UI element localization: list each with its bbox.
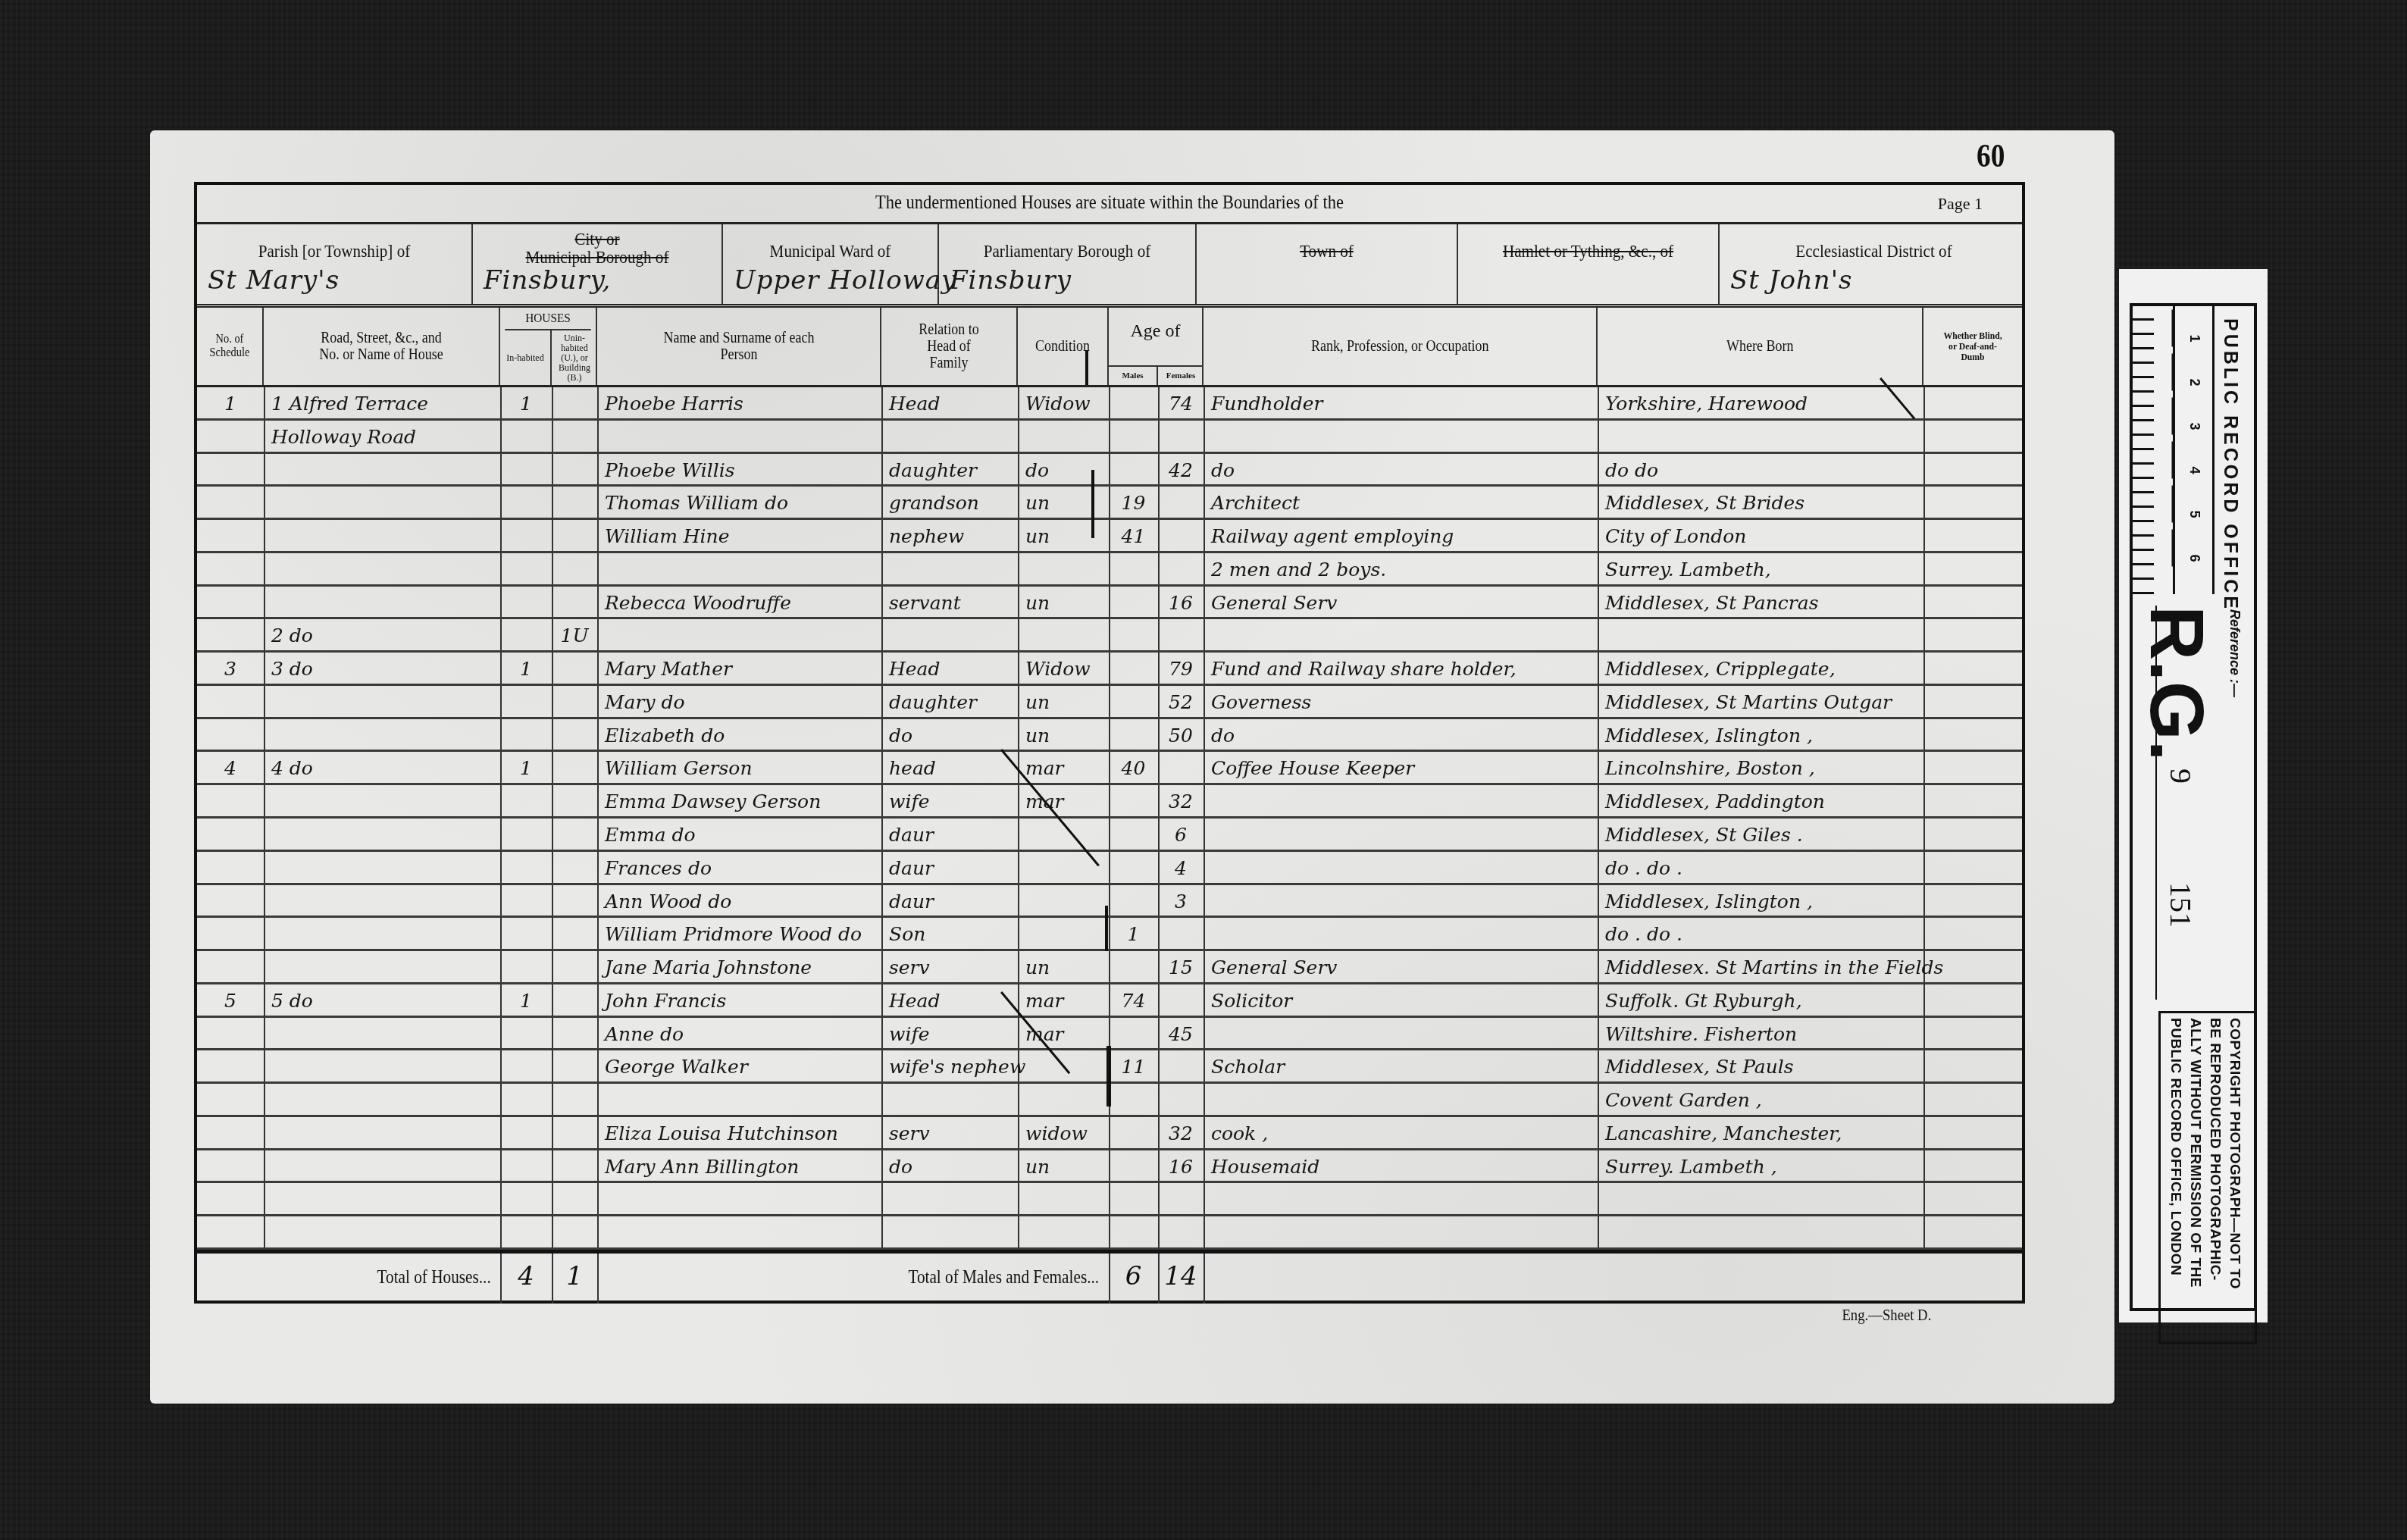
- cell-females: [1158, 487, 1203, 518]
- cell-street: [264, 587, 500, 618]
- cell-schedule: [197, 951, 264, 982]
- cell-inhabited: [500, 1050, 552, 1081]
- cell-condition: Widow: [1018, 653, 1109, 684]
- admin-division-value: St Mary's: [208, 265, 465, 296]
- public-record-office-label: 123456 PUBLIC RECORD OFFICE R.G. Referen…: [2119, 269, 2268, 1322]
- cell-where-born: do . do .: [1598, 852, 1923, 883]
- copyright-notice: COPYRIGHT PHOTOGRAPH—NOT TOBE REPRODUCED…: [2158, 1011, 2257, 1344]
- cell-where-born: Middlesex, Islington ,: [1598, 719, 1923, 750]
- cell-name: [597, 421, 881, 452]
- cell-street: 4 do: [264, 752, 500, 783]
- cell-females: 6: [1158, 819, 1203, 850]
- admin-label-line: City or: [488, 230, 707, 249]
- cell-females: [1158, 1084, 1203, 1115]
- cell-occupation: Railway agent employing: [1203, 520, 1598, 551]
- cell-occupation: [1203, 852, 1598, 883]
- cell-occupation: Governess: [1203, 686, 1598, 717]
- check-mark: [1106, 1046, 1111, 1106]
- cell-name: Mary do: [597, 686, 881, 717]
- check-mark: [1105, 906, 1108, 951]
- total-inhabited: 4: [500, 1261, 552, 1291]
- cell-condition: [1018, 852, 1109, 883]
- cell-females: 3: [1158, 885, 1203, 916]
- cell-condition: [1018, 918, 1109, 949]
- admin-division-value: Finsbury: [950, 265, 1189, 296]
- cell-where-born: City of London: [1598, 520, 1923, 551]
- household-row: Frances dodaur4do . do .: [197, 852, 2022, 885]
- cell-relation: grandson: [881, 487, 1018, 518]
- cell-condition: [1018, 1183, 1109, 1214]
- houses-title: HOUSES: [505, 311, 590, 330]
- cell-uninhabited: [552, 1050, 597, 1081]
- cell-schedule: [197, 852, 264, 883]
- cell-females: 32: [1158, 1117, 1203, 1148]
- cell-name: William Pridmore Wood do: [597, 918, 881, 949]
- total-persons-label: Total of Males and Females...: [908, 1267, 1099, 1288]
- cell-males: [1109, 785, 1158, 816]
- cell-schedule: [197, 1216, 264, 1247]
- cell-name: George Walker: [597, 1050, 881, 1081]
- column-headers: No. of Schedule Road, Street, &c., and N…: [197, 308, 2022, 387]
- household-row: Ann Wood dodaur3Middlesex, Islington ,: [197, 885, 2022, 919]
- cell-females: 32: [1158, 785, 1203, 816]
- cell-street: [264, 686, 500, 717]
- header-houses-group: HOUSES In-habited Unin-habited (U.), or …: [500, 308, 597, 385]
- cell-males: 40: [1109, 752, 1158, 783]
- cell-where-born: Middlesex. St Martins in the Fields: [1598, 951, 1923, 982]
- cell-uninhabited: [552, 951, 597, 982]
- cell-uninhabited: 1U: [552, 619, 597, 650]
- copyright-line: PUBLIC RECORD OFFICE, LONDON: [2165, 1018, 2185, 1289]
- cell-where-born: [1598, 1183, 1923, 1214]
- cell-street: [264, 1216, 500, 1247]
- cell-street: [264, 1183, 500, 1214]
- totals-row: Total of Houses... 4 1 Total of Males an…: [197, 1250, 2022, 1304]
- cell-condition: [1018, 885, 1109, 916]
- reference-label: Reference :—: [2227, 609, 2243, 697]
- total-houses-label: Total of Houses...: [377, 1267, 491, 1288]
- cell-where-born: [1598, 421, 1923, 452]
- cell-condition: mar: [1018, 785, 1109, 816]
- cell-street: 5 do: [264, 984, 500, 1016]
- cell-uninhabited: [552, 984, 597, 1016]
- household-row: 2 do1U: [197, 619, 2022, 653]
- cell-condition: Widow: [1018, 387, 1109, 418]
- admin-division-label: Parish [or Township] of: [214, 243, 455, 261]
- cell-schedule: 3: [197, 653, 264, 684]
- piece-number: 151: [2163, 882, 2199, 928]
- ruler-cm-label: 5: [2172, 486, 2216, 523]
- cell-occupation: Solicitor: [1203, 984, 1598, 1016]
- series-number: 9: [2163, 768, 2199, 784]
- cell-females: 52: [1158, 686, 1203, 717]
- cell-relation: servant: [881, 587, 1018, 618]
- cell-females: [1158, 1050, 1203, 1081]
- household-row: Emma dodaur6Middlesex, St Giles .: [197, 819, 2022, 852]
- cell-where-born: Middlesex, Cripplegate,: [1598, 653, 1923, 684]
- cell-where-born: Middlesex, St Pancras: [1598, 587, 1923, 618]
- ruler-cm-label: 3: [2172, 398, 2216, 435]
- cell-street: [264, 487, 500, 518]
- header-inhabited: In-habited: [500, 330, 552, 385]
- cell-uninhabited: [552, 487, 597, 518]
- cell-males: [1109, 1018, 1158, 1049]
- form-title-row: The undermentioned Houses are situate wi…: [197, 185, 2022, 224]
- cell-name: John Francis: [597, 984, 881, 1016]
- scale-ruler: [2133, 306, 2175, 594]
- household-row: Thomas William dograndsonun19ArchitectMi…: [197, 487, 2022, 520]
- cell-inhabited: [500, 454, 552, 485]
- cell-relation: daughter: [881, 686, 1018, 717]
- household-row: Rebecca Woodruffeservantun16General Serv…: [197, 587, 2022, 620]
- cell-where-born: [1598, 619, 1923, 650]
- cell-uninhabited: [552, 752, 597, 783]
- cell-where-born: Lincolnshire, Boston ,: [1598, 752, 1923, 783]
- cell-name: [597, 1183, 881, 1214]
- cell-where-born: do . do .: [1598, 918, 1923, 949]
- cell-condition: [1018, 1216, 1109, 1247]
- cell-males: [1109, 819, 1158, 850]
- cell-schedule: [197, 487, 264, 518]
- cell-name: Phoebe Harris: [597, 387, 881, 418]
- cell-schedule: 5: [197, 984, 264, 1016]
- cell-schedule: [197, 819, 264, 850]
- cell-schedule: [197, 885, 264, 916]
- cell-name: Emma Dawsey Gerson: [597, 785, 881, 816]
- cell-females: 16: [1158, 587, 1203, 618]
- ruler-cm-label: 4: [2172, 442, 2216, 479]
- cell-street: [264, 553, 500, 584]
- admin-label-line: Parish [or Township] of: [214, 243, 455, 261]
- admin-label-line: Municipal Borough of: [488, 249, 707, 267]
- cell-name: Emma do: [597, 819, 881, 850]
- column-divider: [597, 1254, 599, 1304]
- column-divider: [1203, 1254, 1205, 1304]
- cell-where-born: Suffolk. Gt Ryburgh,: [1598, 984, 1923, 1016]
- household-row: Jane Maria Johnstoneservun15General Serv…: [197, 951, 2022, 984]
- admin-label-line: Municipal Ward of: [736, 243, 925, 261]
- cell-street: [264, 1150, 500, 1182]
- page-label: Page 1: [1938, 194, 1983, 214]
- cell-schedule: [197, 520, 264, 551]
- cell-females: [1158, 1183, 1203, 1214]
- cell-schedule: [197, 421, 264, 452]
- cell-females: [1158, 984, 1203, 1016]
- cell-schedule: [197, 918, 264, 949]
- cell-street: 1 Alfred Terrace: [264, 387, 500, 418]
- cell-occupation: 2 men and 2 boys.: [1203, 553, 1598, 584]
- cell-schedule: [197, 1018, 264, 1049]
- cell-uninhabited: [552, 719, 597, 750]
- cell-relation: Son: [881, 918, 1018, 949]
- cell-name: Rebecca Woodruffe: [597, 587, 881, 618]
- cell-name: William Hine: [597, 520, 881, 551]
- cell-females: 16: [1158, 1150, 1203, 1182]
- cell-males: [1109, 1216, 1158, 1247]
- admin-division-label: Parliamentary Borough of: [954, 243, 1179, 261]
- header-males: Males: [1109, 365, 1158, 385]
- cell-females: [1158, 421, 1203, 452]
- cell-street: [264, 1018, 500, 1049]
- cell-uninhabited: [552, 1216, 597, 1247]
- cell-relation: Head: [881, 653, 1018, 684]
- cell-males: [1109, 852, 1158, 883]
- cell-males: [1109, 421, 1158, 452]
- cell-females: [1158, 520, 1203, 551]
- cell-relation: [881, 1216, 1018, 1247]
- household-row: Emma Dawsey Gersonwifemar32Middlesex, Pa…: [197, 785, 2022, 819]
- cell-inhabited: [500, 686, 552, 717]
- household-row: William Pridmore Wood doSon1do . do .: [197, 918, 2022, 951]
- cell-name: Eliza Louisa Hutchinson: [597, 1117, 881, 1148]
- cell-uninhabited: [552, 819, 597, 850]
- cell-males: [1109, 885, 1158, 916]
- cell-street: 3 do: [264, 653, 500, 684]
- cell-condition: mar: [1018, 752, 1109, 783]
- ruler-cm-label: 2: [2172, 354, 2216, 391]
- cell-inhabited: [500, 885, 552, 916]
- pro-reference-box: 123456 PUBLIC RECORD OFFICE R.G. Referen…: [2130, 303, 2257, 1311]
- cell-where-born: Middlesex, St Brides: [1598, 487, 1923, 518]
- cell-males: [1109, 1084, 1158, 1115]
- cell-where-born: Middlesex, Paddington: [1598, 785, 1923, 816]
- cell-inhabited: [500, 785, 552, 816]
- age-title: Age of: [1109, 321, 1202, 342]
- cell-relation: wife's nephew: [881, 1050, 1018, 1081]
- admin-division-value: St John's: [1730, 265, 2022, 296]
- cell-uninhabited: [552, 454, 597, 485]
- household-row: William Hinenephewun41Railway agent empl…: [197, 520, 2022, 553]
- copyright-line: BE REPRODUCED PHOTOGRAPHIC-: [2205, 1018, 2224, 1289]
- cell-uninhabited: [552, 1117, 597, 1148]
- cell-uninhabited: [552, 587, 597, 618]
- header-schedule: No. of Schedule: [197, 308, 264, 385]
- cell-inhabited: [500, 1216, 552, 1247]
- cell-where-born: do do: [1598, 454, 1923, 485]
- cell-males: 74: [1109, 984, 1158, 1016]
- cell-uninhabited: [552, 520, 597, 551]
- cell-females: 79: [1158, 653, 1203, 684]
- cell-condition: un: [1018, 1150, 1109, 1182]
- cell-name: Ann Wood do: [597, 885, 881, 916]
- copyright-text: COPYRIGHT PHOTOGRAPH—NOT TOBE REPRODUCED…: [2165, 1018, 2244, 1289]
- cell-schedule: [197, 719, 264, 750]
- cell-occupation: [1203, 1084, 1598, 1115]
- cell-inhabited: [500, 1150, 552, 1182]
- cell-inhabited: [500, 951, 552, 982]
- cell-males: 11: [1109, 1050, 1158, 1081]
- cell-relation: daur: [881, 819, 1018, 850]
- cell-relation: [881, 421, 1018, 452]
- admin-label-line: Ecclesiastical District of: [1738, 243, 2009, 261]
- household-row: Mary Ann Billingtondoun16HousemaidSurrey…: [197, 1150, 2022, 1184]
- cell-street: Holloway Road: [264, 421, 500, 452]
- cell-schedule: [197, 1050, 264, 1081]
- cell-males: [1109, 454, 1158, 485]
- cell-schedule: 4: [197, 752, 264, 783]
- cell-males: [1109, 686, 1158, 717]
- cell-inhabited: 1: [500, 387, 552, 418]
- cell-name: Mary Mather: [597, 653, 881, 684]
- cell-males: [1109, 951, 1158, 982]
- cell-inhabited: [500, 819, 552, 850]
- cell-occupation: cook ,: [1203, 1117, 1598, 1148]
- check-mark: [1085, 350, 1088, 385]
- cell-males: [1109, 619, 1158, 650]
- cell-schedule: [197, 1117, 264, 1148]
- cell-females: 45: [1158, 1018, 1203, 1049]
- total-females: 14: [1158, 1261, 1203, 1291]
- cell-occupation: [1203, 785, 1598, 816]
- cell-street: [264, 520, 500, 551]
- cell-females: 15: [1158, 951, 1203, 982]
- cell-occupation: [1203, 918, 1598, 949]
- admin-label-line: Hamlet or Tything, &c., of: [1474, 243, 1703, 261]
- cell-condition: un: [1018, 951, 1109, 982]
- admin-division: Hamlet or Tything, &c., of: [1458, 224, 1720, 304]
- cell-street: [264, 819, 500, 850]
- household-row: [197, 1183, 2022, 1216]
- cell-males: 1: [1109, 918, 1158, 949]
- cell-uninhabited: [552, 1183, 597, 1214]
- household-row: Mary dodaughterun52GovernessMiddlesex, S…: [197, 686, 2022, 719]
- admin-division: Municipal Ward ofUpper Holloway: [723, 224, 939, 304]
- cell-relation: wife: [881, 785, 1018, 816]
- cell-relation: [881, 1183, 1018, 1214]
- header-name: Name and Surname of each Person: [597, 308, 881, 385]
- cell-name: [597, 553, 881, 584]
- ruler-cm-marks: 123456: [2175, 306, 2215, 594]
- cell-occupation: [1203, 619, 1598, 650]
- cell-relation: Head: [881, 387, 1018, 418]
- census-form: The undermentioned Houses are situate wi…: [194, 182, 2025, 1304]
- cell-inhabited: [500, 1084, 552, 1115]
- cell-females: [1158, 918, 1203, 949]
- cell-where-born: Middlesex, St Martins Outgar: [1598, 686, 1923, 717]
- admin-division-label: Hamlet or Tything, &c., of: [1474, 243, 1703, 261]
- household-row: [197, 1216, 2022, 1250]
- cell-males: [1109, 1183, 1158, 1214]
- cell-uninhabited: [552, 686, 597, 717]
- cell-uninhabited: [552, 387, 597, 418]
- cell-relation: [881, 1084, 1018, 1115]
- cell-condition: [1018, 1084, 1109, 1115]
- copyright-line: COPYRIGHT PHOTOGRAPH—NOT TO: [2224, 1018, 2244, 1289]
- total-uninhabited: 1: [552, 1261, 597, 1291]
- cell-schedule: 1: [197, 387, 264, 418]
- cell-condition: widow: [1018, 1117, 1109, 1148]
- cell-inhabited: [500, 421, 552, 452]
- check-mark: [1091, 470, 1094, 538]
- cell-name: Phoebe Willis: [597, 454, 881, 485]
- header-where-born: Where Born: [1598, 308, 1923, 385]
- admin-division-label: City orMunicipal Borough of: [488, 230, 707, 267]
- cell-condition: un: [1018, 719, 1109, 750]
- cell-uninhabited: [552, 1018, 597, 1049]
- header-relation: Relation to Head of Family: [881, 308, 1018, 385]
- cell-males: [1109, 653, 1158, 684]
- admin-division-label: Ecclesiastical District of: [1738, 243, 2009, 261]
- cell-name: Elizabeth do: [597, 719, 881, 750]
- cell-occupation: Architect: [1203, 487, 1598, 518]
- cell-name: [597, 619, 881, 650]
- cell-condition: un: [1018, 487, 1109, 518]
- household-row: Elizabeth dodoun50doMiddlesex, Islington…: [197, 719, 2022, 753]
- cell-where-born: Middlesex, Islington ,: [1598, 885, 1923, 916]
- cell-females: [1158, 1216, 1203, 1247]
- admin-division-value: Finsbury,: [484, 265, 715, 296]
- cell-schedule: [197, 1183, 264, 1214]
- household-entries: 11 Alfred Terrace1Phoebe HarrisHeadWidow…: [197, 387, 2022, 1250]
- cell-occupation: Fundholder: [1203, 387, 1598, 418]
- cell-occupation: General Serv: [1203, 951, 1598, 982]
- admin-division: Town of: [1197, 224, 1458, 304]
- cell-males: 19: [1109, 487, 1158, 518]
- cell-uninhabited: [552, 1084, 597, 1115]
- header-blind-deaf: Whether Blind, or Deaf-and-Dumb: [1923, 308, 2022, 385]
- cell-schedule: [197, 785, 264, 816]
- cell-inhabited: 1: [500, 653, 552, 684]
- cell-males: [1109, 587, 1158, 618]
- cell-where-born: Covent Garden ,: [1598, 1084, 1923, 1115]
- cell-inhabited: [500, 918, 552, 949]
- cell-condition: un: [1018, 587, 1109, 618]
- cell-street: [264, 951, 500, 982]
- cell-street: [264, 719, 500, 750]
- cell-females: [1158, 619, 1203, 650]
- ruler-cm-label: 1: [2172, 310, 2216, 347]
- cell-relation: do: [881, 1150, 1018, 1182]
- admin-label-line: Parliamentary Borough of: [954, 243, 1179, 261]
- cell-inhabited: [500, 587, 552, 618]
- cell-condition: [1018, 421, 1109, 452]
- admin-division-value: Upper Holloway: [734, 265, 931, 296]
- cell-condition: [1018, 619, 1109, 650]
- ruler-cm-label: 6: [2172, 530, 2216, 567]
- household-row: Holloway Road: [197, 421, 2022, 454]
- cell-occupation: [1203, 421, 1598, 452]
- cell-relation: do: [881, 719, 1018, 750]
- cell-condition: mar: [1018, 1018, 1109, 1049]
- cell-inhabited: [500, 520, 552, 551]
- header-occupation: Rank, Profession, or Occupation: [1203, 308, 1598, 385]
- cell-occupation: [1203, 1018, 1598, 1049]
- cell-name: [597, 1216, 881, 1247]
- cell-occupation: Coffee House Keeper: [1203, 752, 1598, 783]
- reference-divider: [2155, 606, 2157, 1000]
- cell-relation: nephew: [881, 520, 1018, 551]
- cell-inhabited: 1: [500, 752, 552, 783]
- cell-females: [1158, 553, 1203, 584]
- admin-division: Parliamentary Borough ofFinsbury: [939, 224, 1197, 304]
- total-males: 6: [1109, 1261, 1158, 1291]
- series-code: R.G.: [2139, 606, 2215, 762]
- cell-name: Jane Maria Johnstone: [597, 951, 881, 982]
- cell-females: 74: [1158, 387, 1203, 418]
- cell-condition: un: [1018, 520, 1109, 551]
- cell-name: Thomas William do: [597, 487, 881, 518]
- admin-division: Ecclesiastical District ofSt John's: [1720, 224, 2028, 304]
- cell-inhabited: [500, 1018, 552, 1049]
- cell-occupation: [1203, 1183, 1598, 1214]
- cell-inhabited: [500, 1183, 552, 1214]
- cell-uninhabited: [552, 852, 597, 883]
- cell-relation: daughter: [881, 454, 1018, 485]
- admin-division: Parish [or Township] ofSt Mary's: [197, 224, 473, 304]
- pro-title: PUBLIC RECORD OFFICE: [2219, 318, 2241, 612]
- cell-inhabited: [500, 619, 552, 650]
- household-row: Phoebe Willisdaughterdo42dodo do: [197, 454, 2022, 487]
